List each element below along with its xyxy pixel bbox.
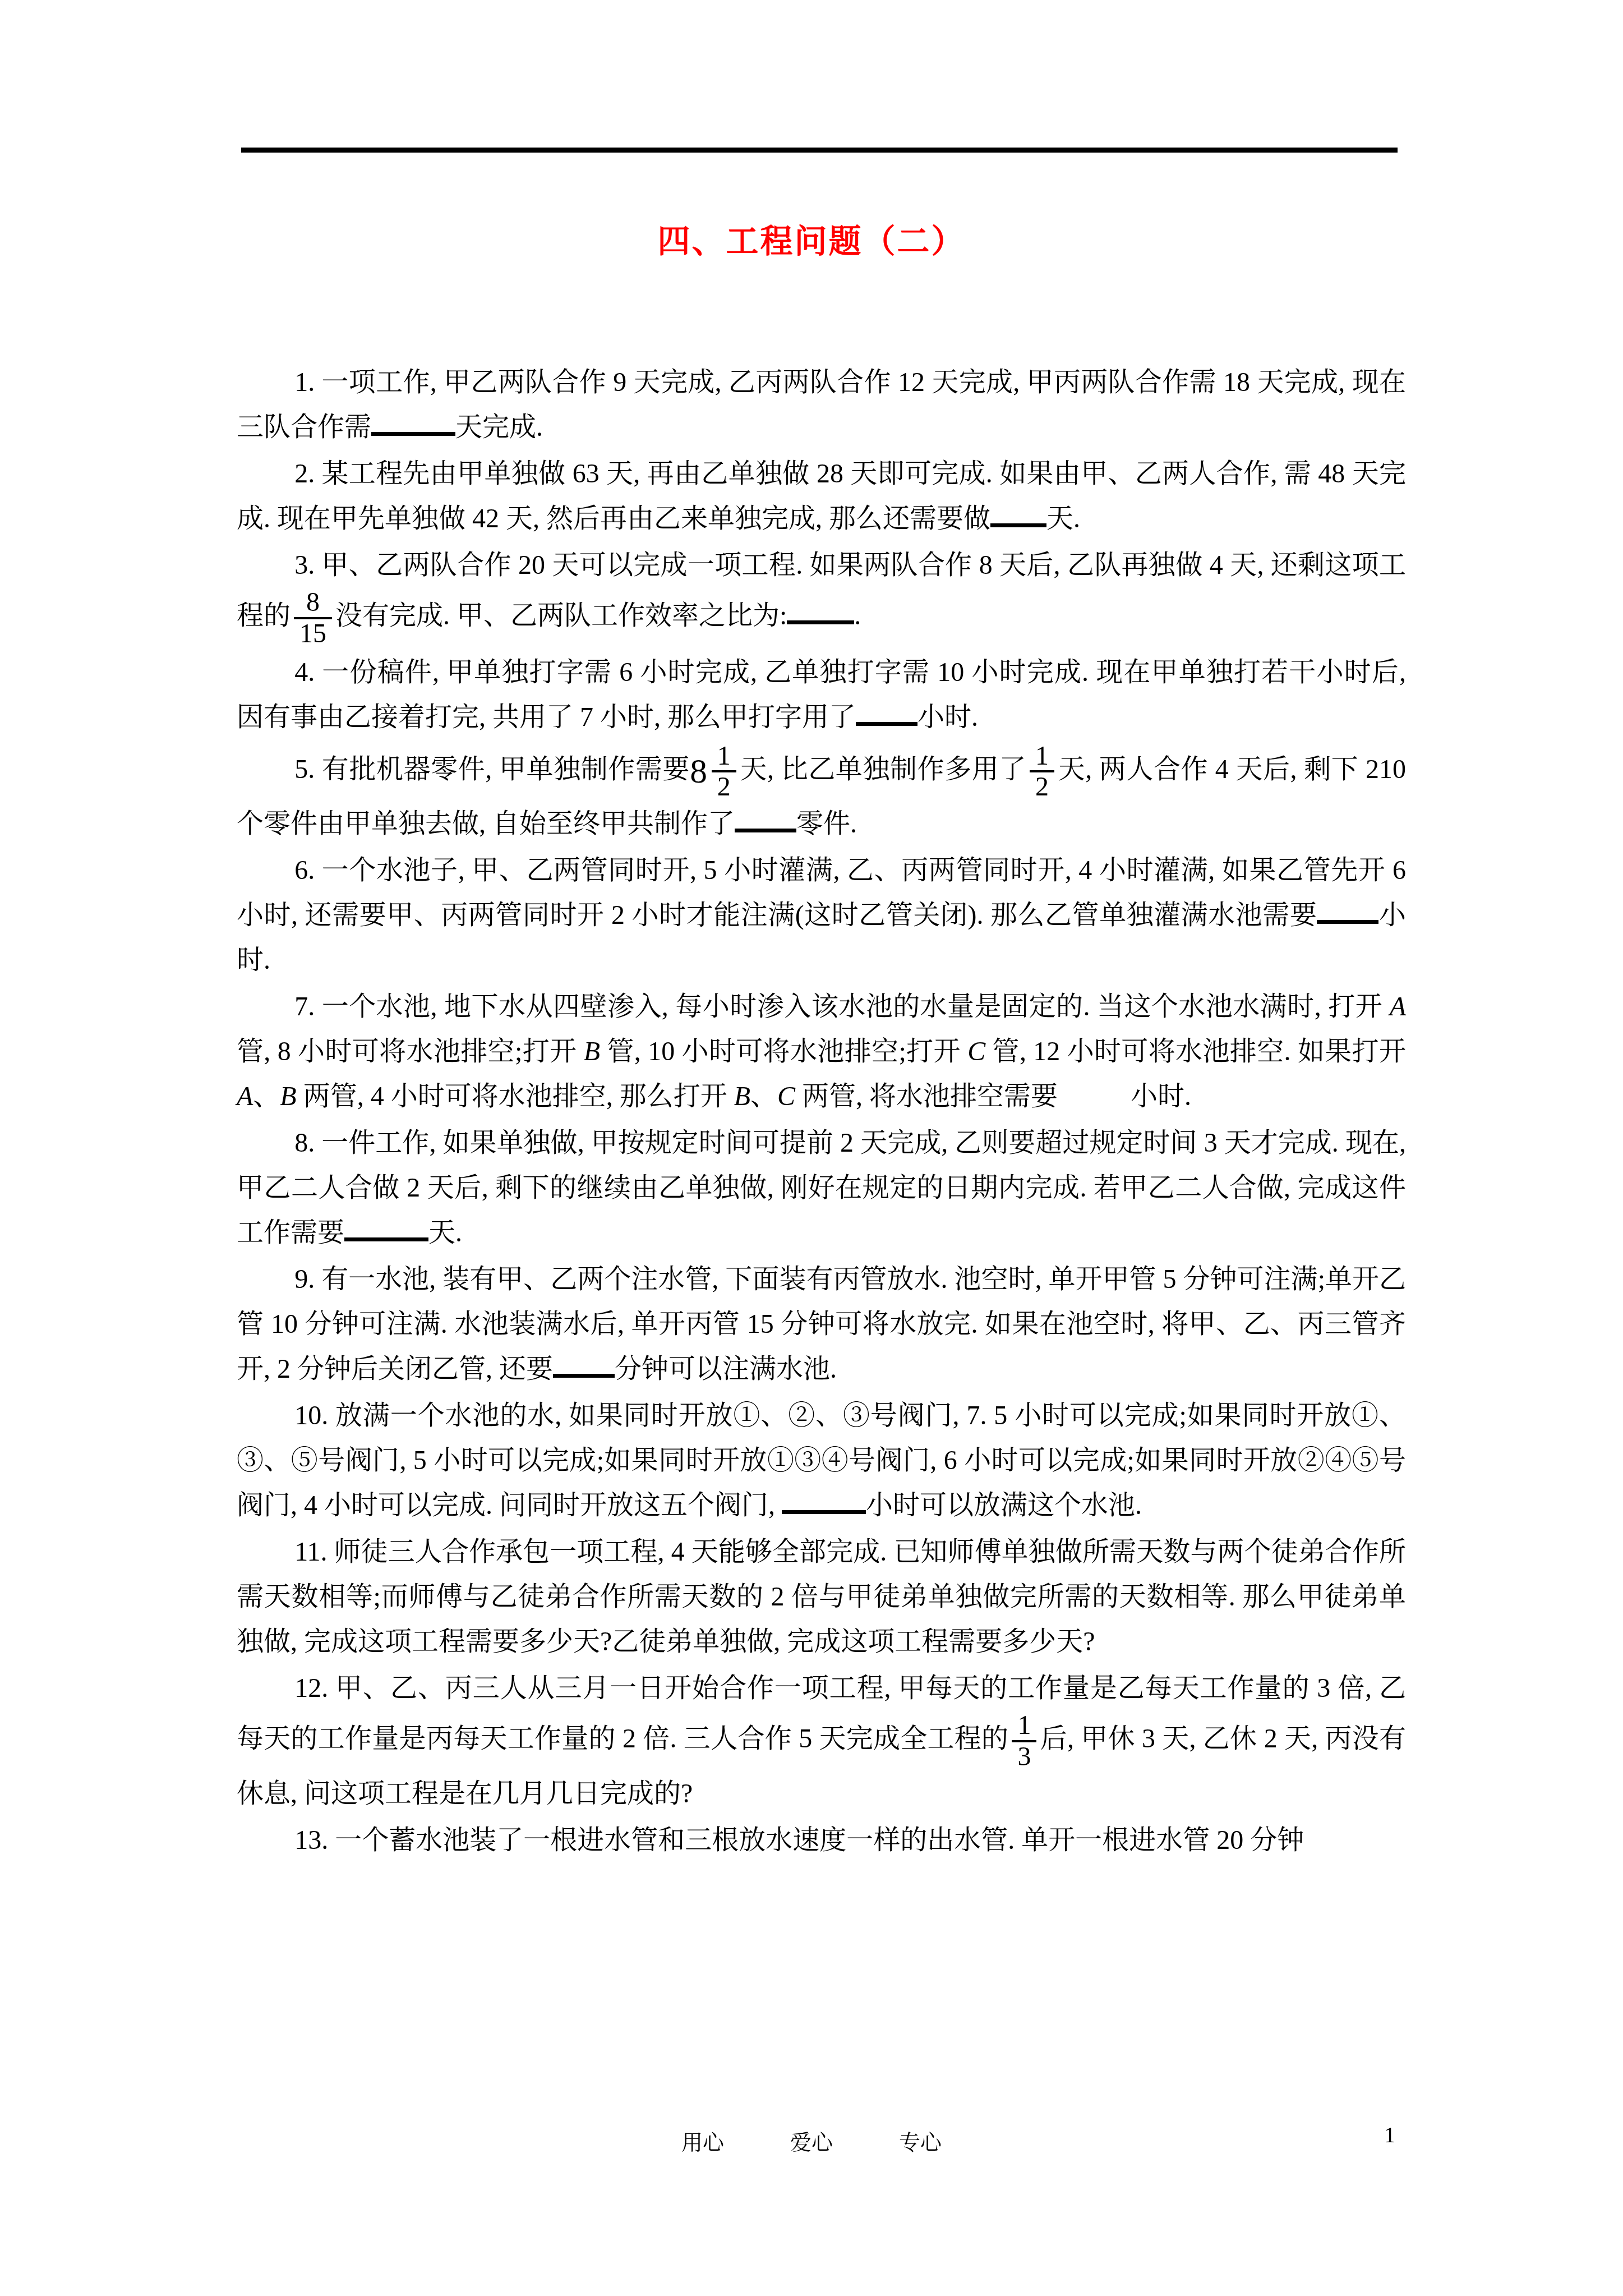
fraction: 815 (294, 588, 332, 648)
problem-text: . (854, 601, 861, 631)
top-divider-rule (241, 148, 1398, 153)
problem-text: 天完成. (455, 412, 543, 442)
problem-text: 天. (1046, 504, 1080, 533)
problem-text: 小时. (1131, 1082, 1191, 1111)
footer-word-2: 爱心 (790, 2125, 833, 2156)
problem-10: 10. 放满一个水池的水, 如果同时开放①、②、③号阀门, 7. 5 小时可以完… (237, 1393, 1406, 1528)
problem-text: 6. 一个水池子, 甲、乙两管同时开, 5 小时灌满, 乙、丙两管同时开, 4 … (237, 855, 1406, 930)
problem-text: 7. 一个水池, 地下水从四壁渗入, 每小时渗入该水池的水量是固定的. 当这个水… (294, 992, 1389, 1022)
problem-text: 小时. (917, 702, 978, 732)
problem-13: 13. 一个蓄水池装了一根进水管和三根放水速度一样的出水管. 单开一根进水管 2… (237, 1818, 1406, 1863)
footer: 用心 爱心 专心 (0, 2125, 1623, 2156)
mixed-number: 812 (690, 754, 740, 784)
fraction: 12 (712, 742, 736, 802)
problem-text: 管, 8 小时可将水池排空;打开 (237, 1037, 584, 1066)
problem-6: 6. 一个水池子, 甲、乙两管同时开, 5 小时灌满, 乙、丙两管同时开, 4 … (237, 848, 1406, 983)
answer-blank (1317, 896, 1378, 924)
problem-8: 8. 一件工作, 如果单独做, 甲按规定时间可提前 2 天完成, 乙则要超过规定… (237, 1121, 1406, 1255)
problem-text: 4. 一份稿件, 甲单独打字需 6 小时完成, 乙单独打字需 10 小时完成. … (237, 657, 1406, 732)
problem-text: 两管, 4 小时可将水池排空, 那么打开 (297, 1082, 734, 1111)
problems: 1. 一项工作, 甲乙两队合作 9 天完成, 乙丙两队合作 12 天完成, 甲丙… (237, 360, 1406, 1865)
fraction: 13 (1012, 1711, 1036, 1772)
problem-text: 天. (428, 1218, 462, 1248)
variable-letter: B (584, 1037, 600, 1066)
problem-text: 两管, 将水池排空需要 (795, 1082, 1058, 1111)
footer-word-1: 用心 (681, 2125, 724, 2156)
problem-1: 1. 一项工作, 甲乙两队合作 9 天完成, 乙丙两队合作 12 天完成, 甲丙… (237, 360, 1406, 450)
problem-12: 12. 甲、乙、丙三人从三月一日开始合作一项工程, 甲每天的工作量是乙每天工作量… (237, 1666, 1406, 1816)
variable-letter: A (1390, 992, 1406, 1022)
answer-blank (371, 408, 455, 436)
problem-text: 、 (750, 1082, 777, 1111)
problem-text: 没有完成. 甲、乙两队工作效率之比为: (335, 601, 787, 631)
problem-7: 7. 一个水池, 地下水从四壁渗入, 每小时渗入该水池的水量是固定的. 当这个水… (237, 984, 1406, 1119)
problem-text: 零件. (796, 809, 857, 839)
variable-letter: C (967, 1037, 985, 1066)
problem-text: 13. 一个蓄水池装了一根进水管和三根放水速度一样的出水管. 单开一根进水管 2… (294, 1825, 1304, 1855)
variable-letter: C (777, 1082, 795, 1111)
problem-text: 管, 12 小时可将水池排空. 如果打开 (985, 1037, 1406, 1066)
problem-2: 2. 某工程先由甲单独做 63 天, 再由乙单独做 28 天即可完成. 如果由甲… (237, 452, 1406, 541)
answer-blank (787, 596, 854, 624)
problem-9: 9. 有一水池, 装有甲、乙两个注水管, 下面装有丙管放水. 池空时, 单开甲管… (237, 1257, 1406, 1392)
answer-blank (553, 1350, 615, 1378)
problem-5: 5. 有批机器零件, 甲单独制作需要812天, 比乙单独制作多用了12天, 两人… (237, 742, 1406, 847)
answer-gap (1058, 1092, 1131, 1105)
answer-blank (344, 1213, 428, 1241)
variable-letter: B (734, 1082, 750, 1111)
problem-text: 、 (253, 1082, 280, 1111)
mixed-number-whole: 8 (690, 752, 707, 790)
problem-text: 天, 比乙单独制作多用了 (740, 754, 1026, 784)
page-title: 四、工程问题（二） (0, 215, 1623, 262)
page-number: 1 (1384, 2122, 1395, 2148)
problem-text: 管, 10 小时可将水池排空;打开 (600, 1037, 967, 1066)
answer-blank (990, 499, 1046, 527)
answer-blank (782, 1486, 866, 1514)
document-page: { "page": { "title": "四、工程问题（二）", "title… (0, 0, 1623, 2296)
answer-blank (735, 804, 796, 832)
variable-letter: B (280, 1082, 296, 1111)
variable-letter: A (237, 1082, 253, 1111)
problem-text: 5. 有批机器零件, 甲单独制作需要 (294, 754, 690, 784)
problem-text: 11. 师徒三人合作承包一项工程, 4 天能够全部完成. 已知师傅单独做所需天数… (237, 1537, 1406, 1657)
problem-text: 分钟可以注满水池. (615, 1354, 837, 1384)
problem-11: 11. 师徒三人合作承包一项工程, 4 天能够全部完成. 已知师傅单独做所需天数… (237, 1530, 1406, 1664)
problem-3: 3. 甲、乙两队合作 20 天可以完成一项工程. 如果两队合作 8 天后, 乙队… (237, 543, 1406, 648)
problem-4: 4. 一份稿件, 甲单独打字需 6 小时完成, 乙单独打字需 10 小时完成. … (237, 650, 1406, 740)
problem-text: 2. 某工程先由甲单独做 63 天, 再由乙单独做 28 天即可完成. 如果由甲… (237, 459, 1406, 533)
footer-word-3: 专心 (899, 2125, 942, 2156)
fraction: 12 (1030, 742, 1054, 802)
answer-blank (856, 697, 917, 725)
problem-text: 小时可以放满这个水池. (866, 1490, 1142, 1520)
